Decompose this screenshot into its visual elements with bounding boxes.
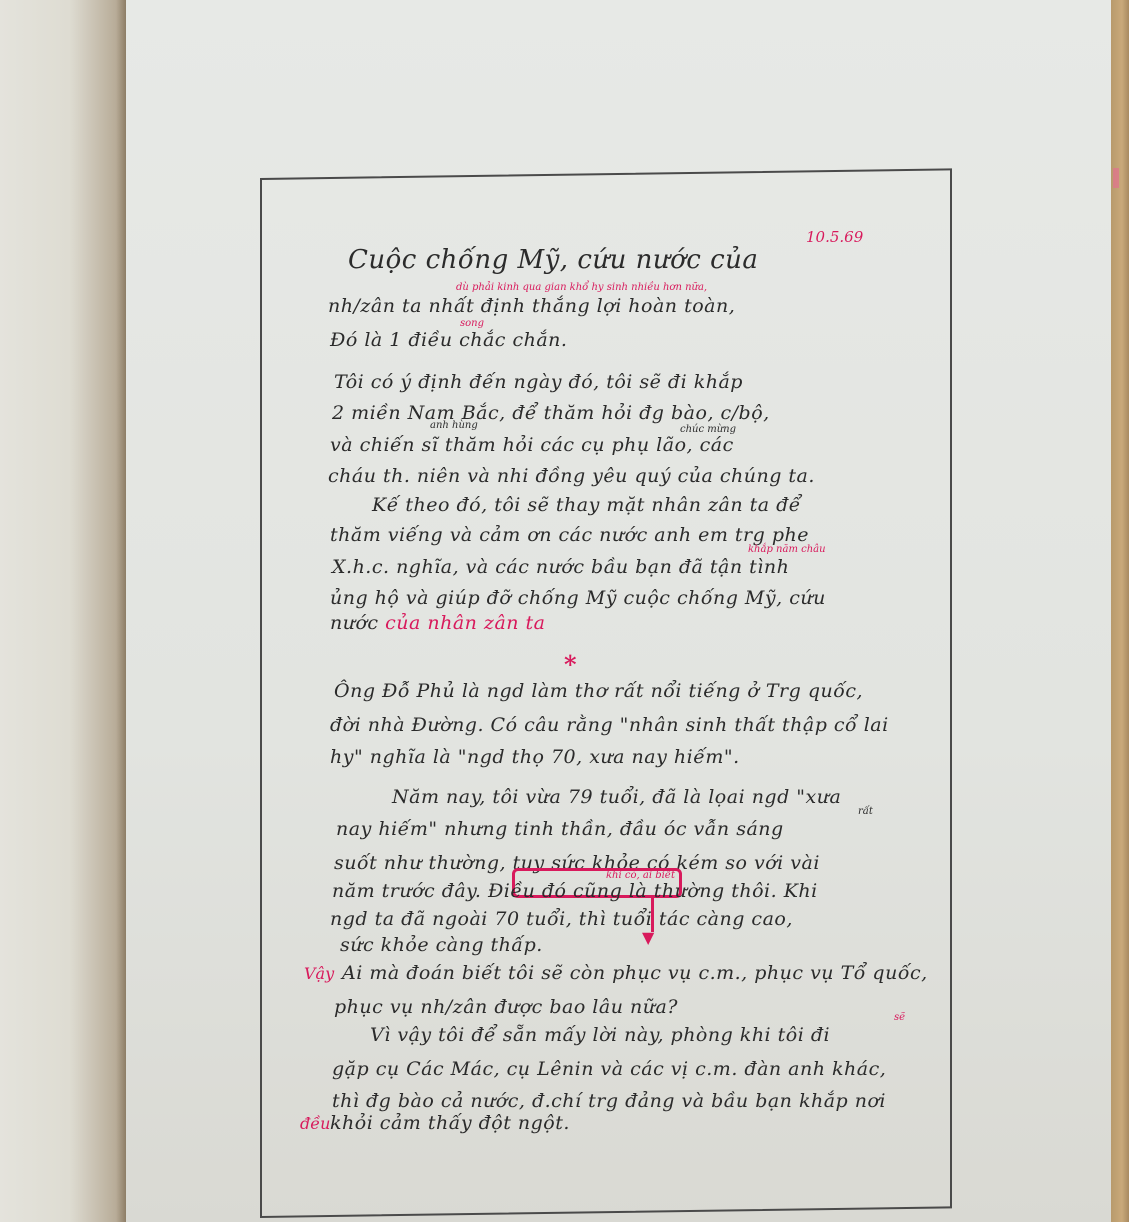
text-line: nay hiếm" nhưng tinh thần, đầu óc vẫn sá… <box>336 818 784 840</box>
margin-note: Vậy <box>304 964 334 983</box>
left-page-edge <box>0 0 126 1222</box>
insert-above: dù phải kinh qua gian khổ hy sinh nhiều … <box>456 282 707 293</box>
text-line: hy" nghĩa là "ngd thọ 70, xưa nay hiếm". <box>330 746 740 768</box>
red-insert: của nhân zân ta <box>385 612 545 634</box>
text-line: ngd ta đã ngoài 70 tuổi, thì tuổi tác cà… <box>330 908 793 930</box>
text-span: nước <box>330 612 379 634</box>
arrow-down-icon: ▼ <box>642 928 654 947</box>
text-line: gặp cụ Các Mác, cụ Lênin và các vị c.m. … <box>332 1058 886 1080</box>
text-line: khỏi cảm thấy đột ngột. <box>330 1112 570 1134</box>
insert-above: khắp năm châu <box>748 544 826 555</box>
insert-above: rất <box>858 806 873 817</box>
insert-above: sẽ <box>894 1012 905 1023</box>
document-date: 10.5.69 <box>806 228 863 246</box>
text-line: sức khỏe càng thấp. <box>340 934 543 956</box>
text-line: Năm nay, tôi vừa 79 tuổi, đã là lọai ngd… <box>392 786 841 808</box>
red-mark <box>1113 168 1119 188</box>
text-line: Kế theo đó, tôi sẽ thay mặt nhân zân ta … <box>372 494 801 516</box>
section-asterisk: * <box>564 650 577 679</box>
text-line: đời nhà Đường. Có câu rằng "nhân sinh th… <box>330 714 889 736</box>
text-line: Ông Đỗ Phủ là ngd làm thơ rất nổi tiếng … <box>334 680 863 702</box>
right-page-edge <box>1111 0 1129 1222</box>
text-line: cháu th. niên và nhi đồng yêu quý của ch… <box>328 465 815 487</box>
text-line: 2 miền Nam Bắc, để thăm hỏi đg bào, c/bộ… <box>332 402 770 424</box>
text-line: ủng hộ và giúp đỡ chống Mỹ cuộc chống Mỹ… <box>330 587 826 609</box>
margin-note: đều <box>300 1114 330 1133</box>
text-line: Vì vậy tôi để sẵn mấy lời này, phòng khi… <box>370 1024 830 1046</box>
text-line: Đó là 1 điều chắc chắn. <box>330 329 567 351</box>
text-line: thăm viếng và cảm ơn các nước anh em trg… <box>330 524 809 546</box>
text-line: năm trước đây. Điều đó cũng là thường th… <box>332 880 818 902</box>
text-line: và chiến sĩ thăm hỏi các cụ phụ lão, các <box>330 434 734 456</box>
insert-above: anh hùng <box>430 420 478 431</box>
text-line: nước của nhân zân ta <box>330 612 546 634</box>
insert-below: song <box>460 318 484 329</box>
text-line: nh/zân ta nhất định thắng lợi hoàn toàn, <box>328 295 735 317</box>
text-line: phục vụ nh/zân được bao lâu nữa? <box>334 996 678 1018</box>
document-title: Cuộc chống Mỹ, cứu nước của <box>348 245 758 275</box>
text-line: Tôi có ý định đến ngày đó, tôi sẽ đi khắ… <box>334 371 743 393</box>
text-line: X.h.c. nghĩa, và các nước bầu bạn đã tận… <box>332 556 789 578</box>
text-line: Ai mà đoán biết tôi sẽ còn phục vụ c.m.,… <box>342 962 928 984</box>
text-line: thì đg bào cả nước, đ.chí trg đảng và bầ… <box>332 1090 886 1112</box>
